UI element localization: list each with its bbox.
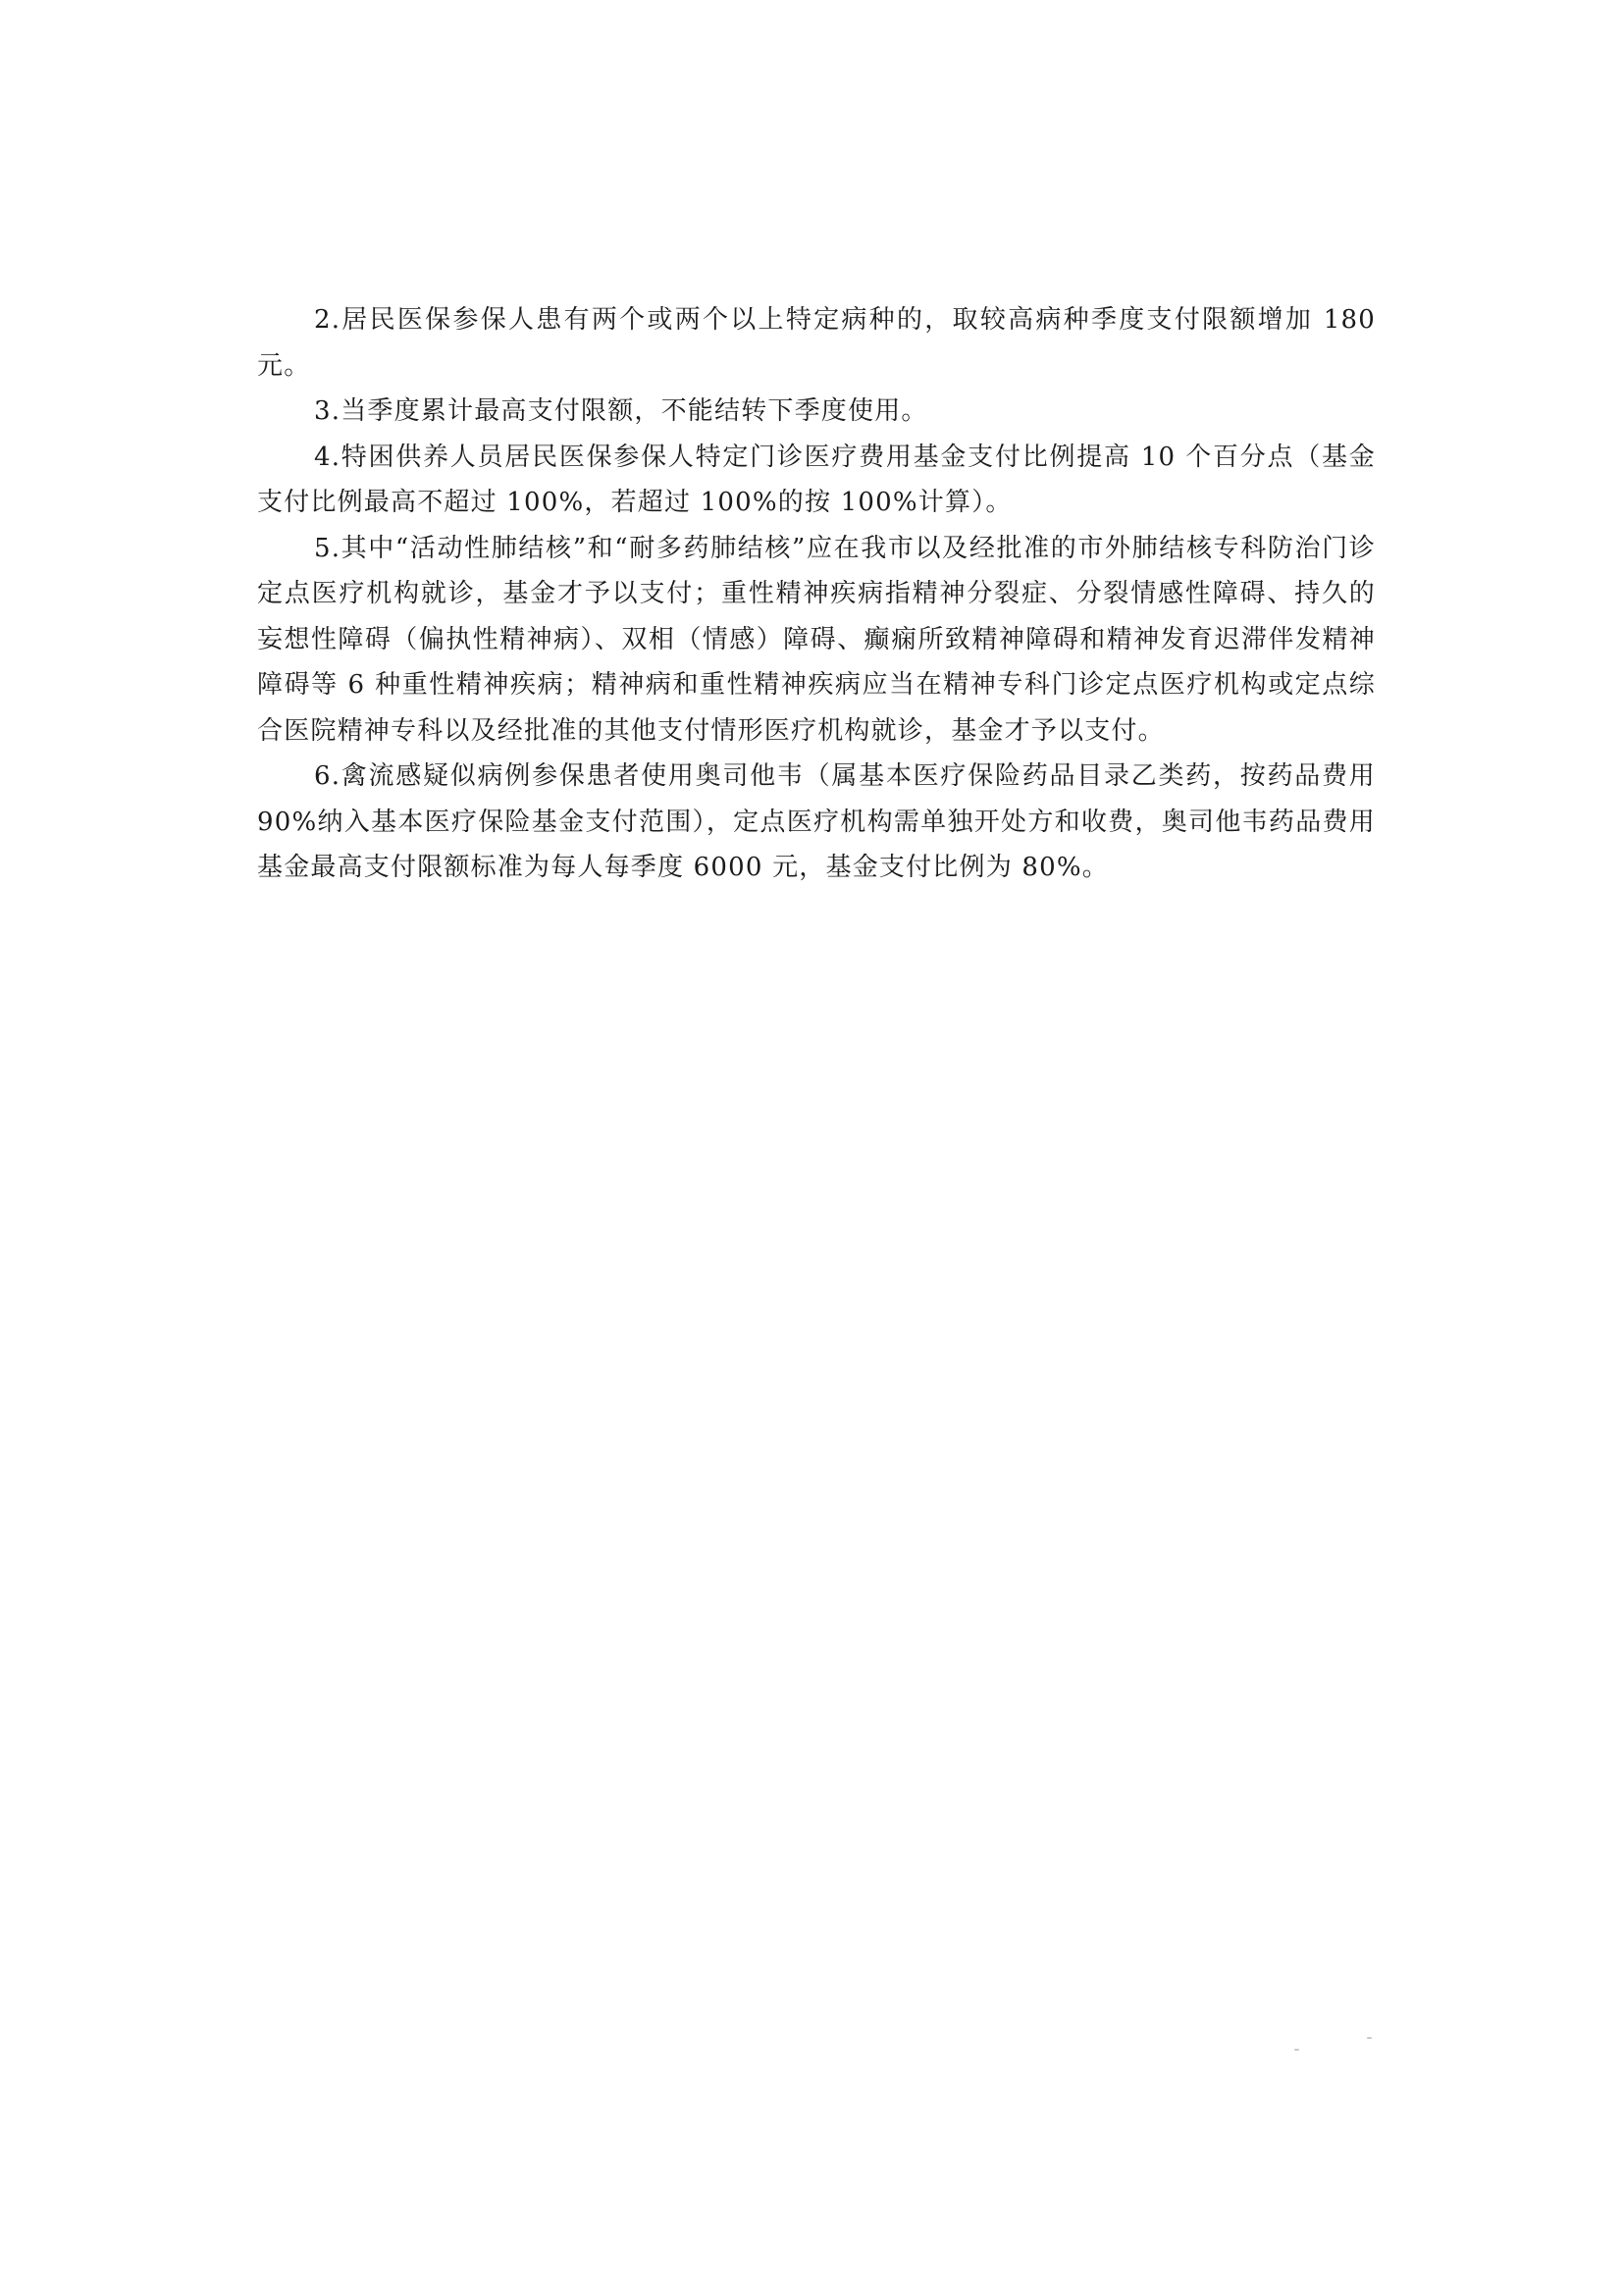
paragraph-item-5: 5.其中“活动性肺结核”和“耐多药肺结核”应在我市以及经批准的市外肺结核专科防治… — [257, 526, 1376, 755]
paragraph-item-2: 2.居民医保参保人患有两个或两个以上特定病种的，取较高病种季度支付限额增加 18… — [257, 297, 1376, 389]
document-page: 2.居民医保参保人患有两个或两个以上特定病种的，取较高病种季度支付限额增加 18… — [257, 297, 1376, 891]
paragraph-item-6: 6.禽流感疑似病例参保患者使用奥司他韦（属基本医疗保险药品目录乙类药，按药品费用… — [257, 754, 1376, 891]
scan-speck — [1367, 2037, 1372, 2039]
paragraph-item-3: 3.当季度累计最高支付限额，不能结转下季度使用。 — [257, 389, 1376, 435]
scan-speck — [1294, 2049, 1299, 2051]
paragraph-item-4: 4.特困供养人员居民医保参保人特定门诊医疗费用基金支付比例提高 10 个百分点（… — [257, 435, 1376, 526]
